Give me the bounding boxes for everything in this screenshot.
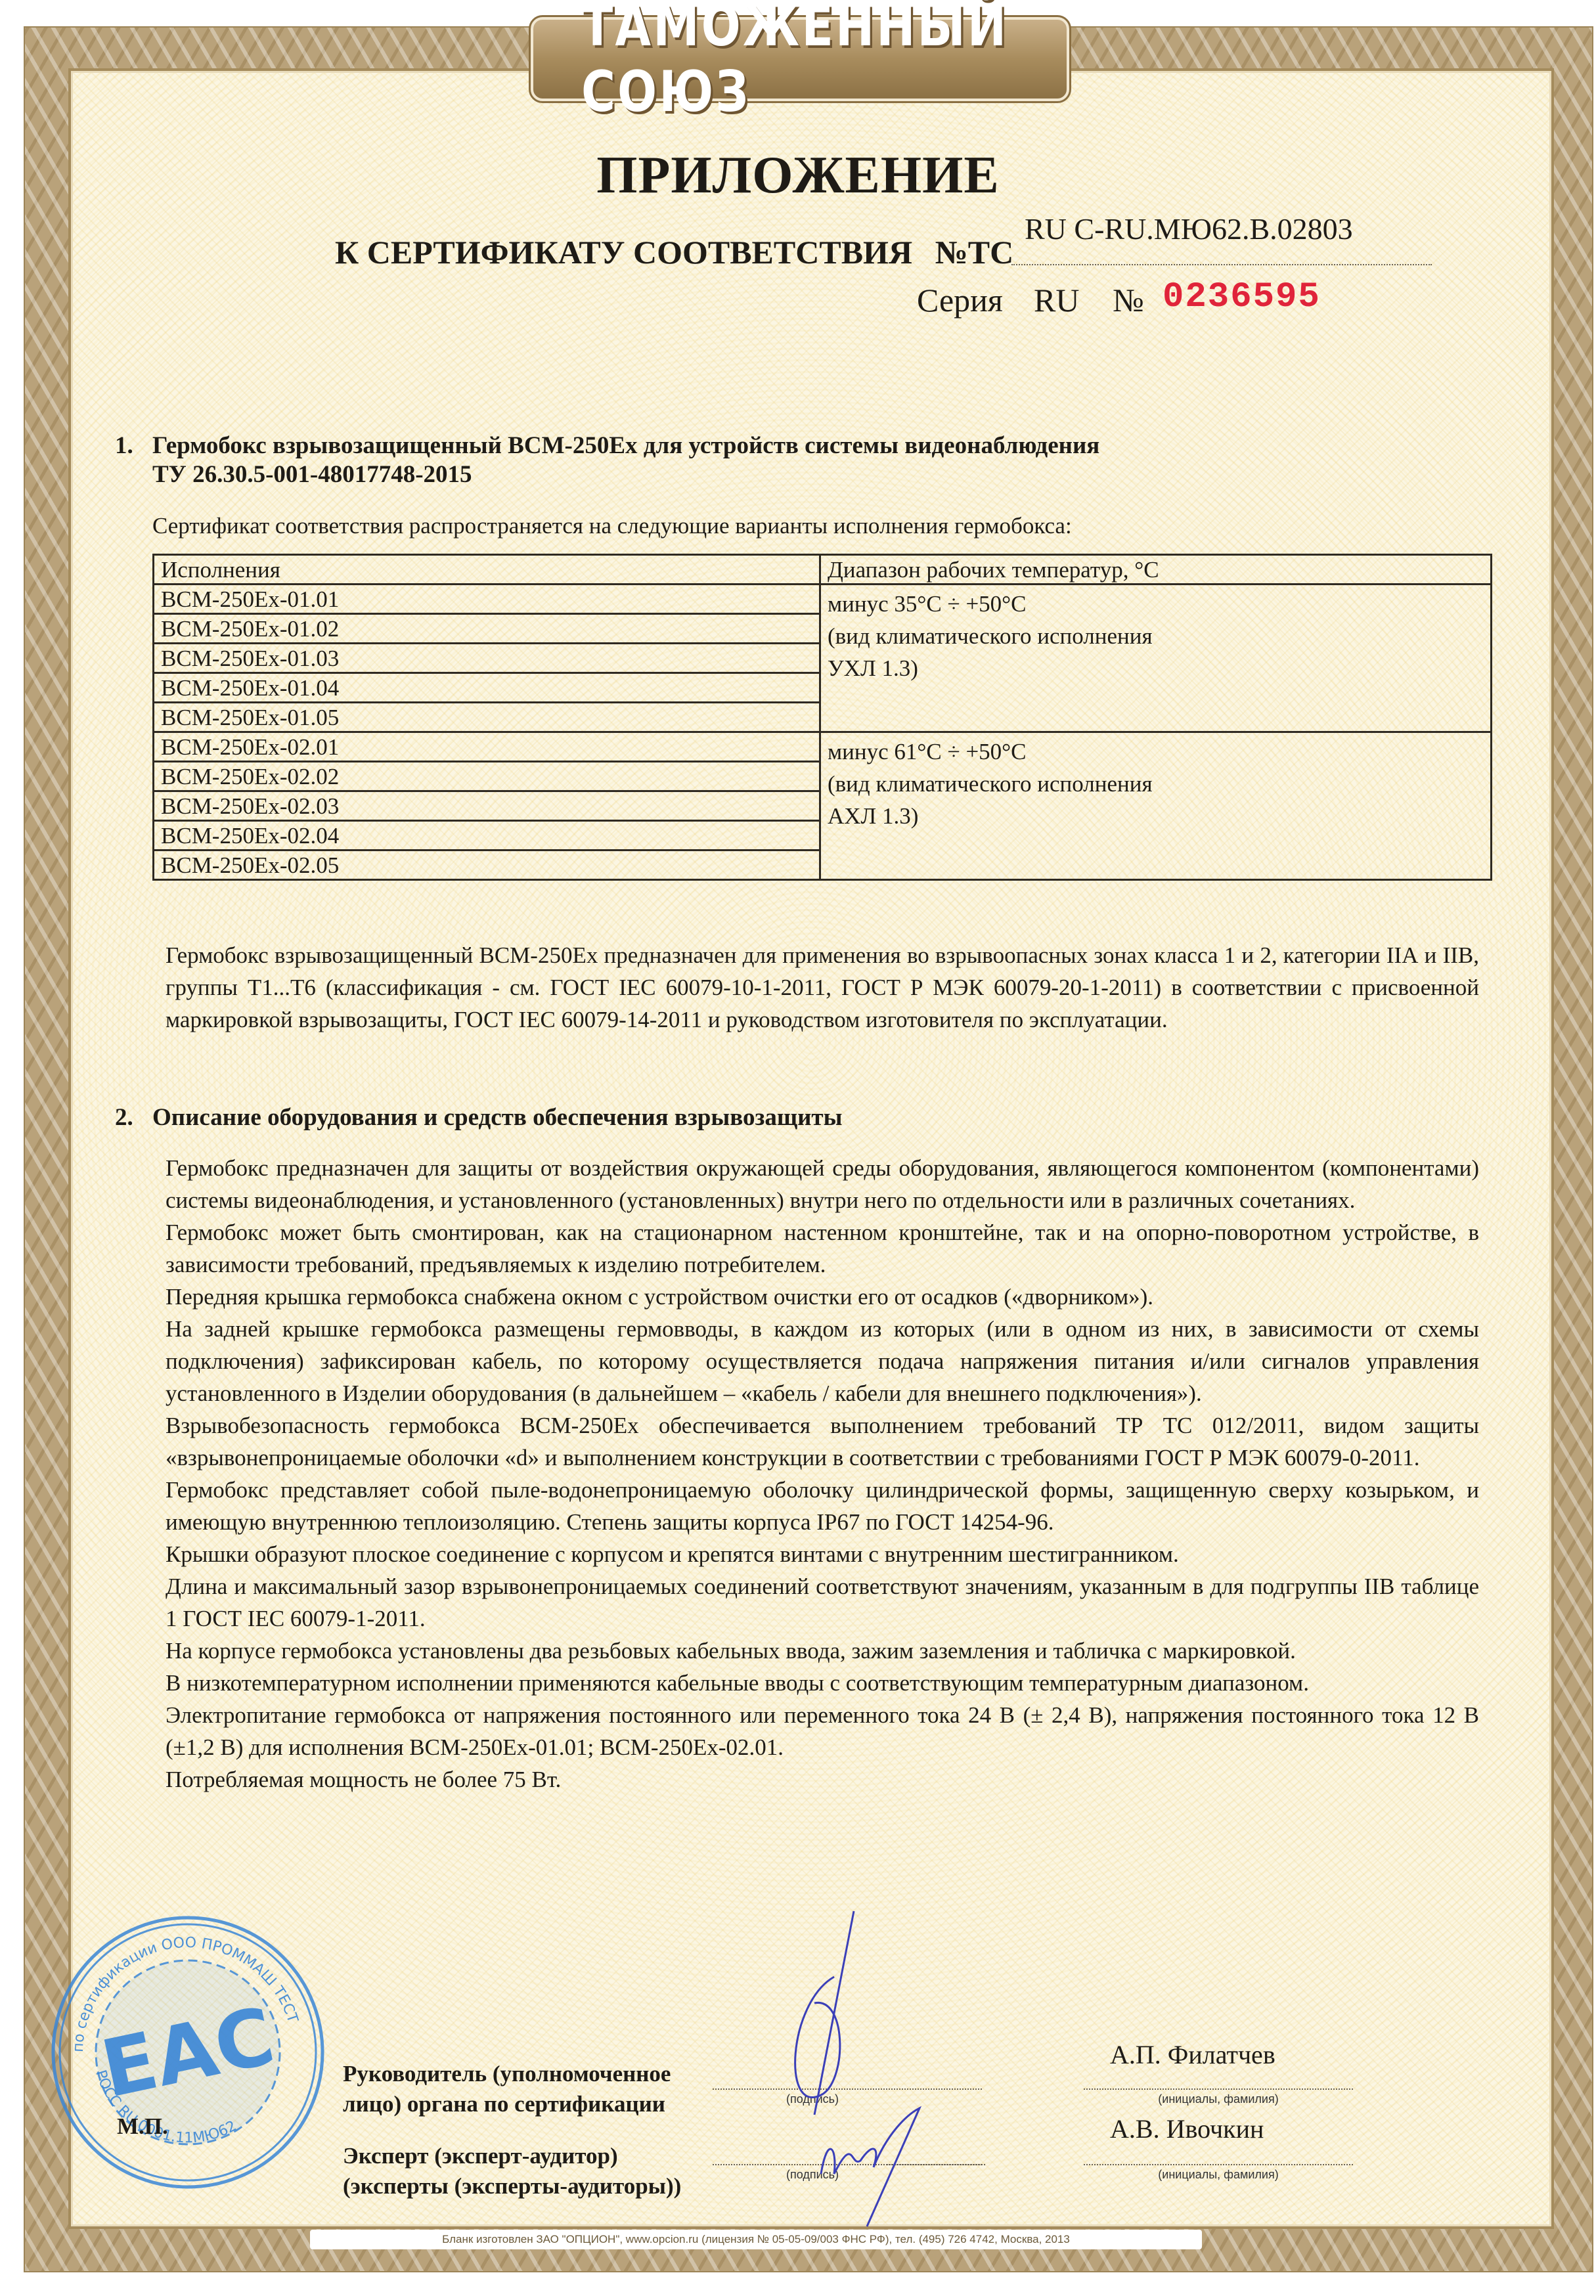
table-row: ВСМ-250Ex-01.01минус 35°С ÷ +50°С(вид кл…: [154, 585, 1492, 614]
application-paragraph: Гермобокс взрывозащищенный ВСМ-250Ex пре…: [166, 939, 1479, 1036]
page-title: ПРИЛОЖЕНИЕ: [0, 146, 1596, 206]
signature-scribbles: [775, 1898, 992, 2240]
temperature-range-line: минус 61°С ÷ +50°С: [828, 736, 1485, 768]
variants-table: ИсполненияДиапазон рабочих температур, °…: [152, 554, 1492, 881]
section-1-heading-line1: Гермобокс взрывозащищенный ВСМ-250Ex для…: [152, 431, 1099, 460]
certificate-number: RU С-RU.МЮ62.В.02803: [1025, 211, 1353, 246]
expert-name-line: [1084, 2164, 1353, 2165]
variant-cell: ВСМ-250Ex-02.03: [154, 791, 820, 821]
series-code: RU: [1034, 281, 1079, 319]
temperature-range-line: УХЛ 1.3): [828, 652, 1485, 684]
series-label: Серия: [917, 281, 1003, 319]
temperature-range-cell: минус 35°С ÷ +50°С(вид климатического ис…: [820, 585, 1492, 732]
section-2-body: Гермобокс предназначен для защиты от воз…: [166, 1152, 1479, 1796]
header-variants: Исполнения: [154, 555, 820, 585]
number-label: №: [1113, 281, 1144, 319]
variant-cell: ВСМ-250Ex-01.04: [154, 673, 820, 703]
variant-cell: ВСМ-250Ex-02.02: [154, 762, 820, 791]
expert-label: Эксперт (эксперт-аудитор) (эксперты (экс…: [343, 2141, 681, 2201]
temperature-range-line: (вид климатического исполнения: [828, 620, 1485, 652]
section-2-heading: Описание оборудования и средств обеспече…: [152, 1103, 842, 1132]
description-paragraph: В низкотемпературном исполнении применяю…: [166, 1667, 1479, 1699]
section-2-number: 2.: [115, 1103, 133, 1132]
description-paragraph: Гермобокс представляет собой пыле-водоне…: [166, 1474, 1479, 1538]
description-paragraph: Потребляемая мощность не более 75 Вт.: [166, 1763, 1479, 1796]
blank-serial-number: 0236595: [1163, 277, 1321, 317]
description-paragraph: На задней крышке гермобокса размещены ге…: [166, 1313, 1479, 1409]
temperature-range-line: АХЛ 1.3): [828, 800, 1485, 832]
banner-text: ТАМОЖЕННЫЙ СОЮЗ: [581, 0, 1019, 125]
variant-cell: ВСМ-250Ex-01.05: [154, 703, 820, 732]
expert-label-line2: (эксперты (эксперты-аудиторы)): [343, 2171, 681, 2201]
certificate-number-underline: [1011, 264, 1432, 265]
eac-stamp: по сертификации ООО ПРОММАШ ТЕСТ РОСС RU…: [43, 1908, 332, 2197]
head-name: А.П. Филатчев: [1110, 2039, 1275, 2070]
description-paragraph: Электропитание гермобокса от напряжения …: [166, 1699, 1479, 1763]
head-label: Руководитель (уполномоченное лицо) орган…: [343, 2059, 671, 2119]
section-1-number: 1.: [115, 431, 133, 460]
customs-union-banner: ТАМОЖЕННЫЙ СОЮЗ: [531, 17, 1069, 101]
stamp-place-label: М.П.: [117, 2111, 168, 2142]
table-row: ВСМ-250Ex-02.01минус 61°С ÷ +50°С(вид кл…: [154, 732, 1492, 762]
temperature-range-line: (вид климатического исполнения: [828, 768, 1485, 800]
header-temperature: Диапазон рабочих температур, °С: [820, 555, 1492, 585]
temperature-range-cell: минус 61°С ÷ +50°С(вид климатического ис…: [820, 732, 1492, 880]
description-paragraph: Длина и максимальный зазор взрывонепрони…: [166, 1570, 1479, 1635]
certificate-label: К СЕРТИФИКАТУ СООТВЕТСТВИЯ №ТС: [335, 233, 1013, 271]
expert-label-line1: Эксперт (эксперт-аудитор): [343, 2141, 681, 2171]
description-paragraph: Гермобокс может быть смонтирован, как на…: [166, 1216, 1479, 1281]
variant-cell: ВСМ-250Ex-01.01: [154, 585, 820, 614]
variant-cell: ВСМ-250Ex-02.01: [154, 732, 820, 762]
section-1-heading-line2: ТУ 26.30.5-001-48017748-2015: [152, 460, 1099, 489]
head-label-line2: лицо) органа по сертификации: [343, 2089, 671, 2119]
description-paragraph: Передняя крышка гермобокса снабжена окно…: [166, 1281, 1479, 1313]
description-paragraph: Гермобокс предназначен для защиты от воз…: [166, 1152, 1479, 1216]
expert-name-caption: (инициалы, фамилия): [1084, 2168, 1353, 2182]
description-paragraph: Взрывобезопасность гермобокса ВСМ-250Ex …: [166, 1409, 1479, 1474]
section-1-heading: Гермобокс взрывозащищенный ВСМ-250Ex для…: [152, 431, 1099, 489]
head-label-line1: Руководитель (уполномоченное: [343, 2059, 671, 2089]
variant-cell: ВСМ-250Ex-01.03: [154, 644, 820, 673]
subtitle-text: К СЕРТИФИКАТУ СООТВЕТСТВИЯ: [335, 234, 912, 271]
variant-cell: ВСМ-250Ex-01.02: [154, 614, 820, 644]
description-paragraph: Крышки образуют плоское соединение с кор…: [166, 1538, 1479, 1570]
temperature-range-line: минус 35°С ÷ +50°С: [828, 588, 1485, 620]
printer-imprint: Бланк изготовлен ЗАО "ОПЦИОН", www.opcio…: [310, 2230, 1202, 2249]
section-1-intro: Сертификат соответствия распространяется…: [152, 510, 1072, 542]
table-header-row: ИсполненияДиапазон рабочих температур, °…: [154, 555, 1492, 585]
no-tc-label: №ТС: [935, 234, 1014, 271]
head-name-caption: (инициалы, фамилия): [1084, 2092, 1353, 2106]
variant-cell: ВСМ-250Ex-02.05: [154, 850, 820, 880]
description-paragraph: На корпусе гермобокса установлены два ре…: [166, 1635, 1479, 1667]
head-name-line: [1084, 2088, 1353, 2090]
variant-cell: ВСМ-250Ex-02.04: [154, 821, 820, 850]
expert-name: А.В. Ивочкин: [1110, 2113, 1264, 2144]
